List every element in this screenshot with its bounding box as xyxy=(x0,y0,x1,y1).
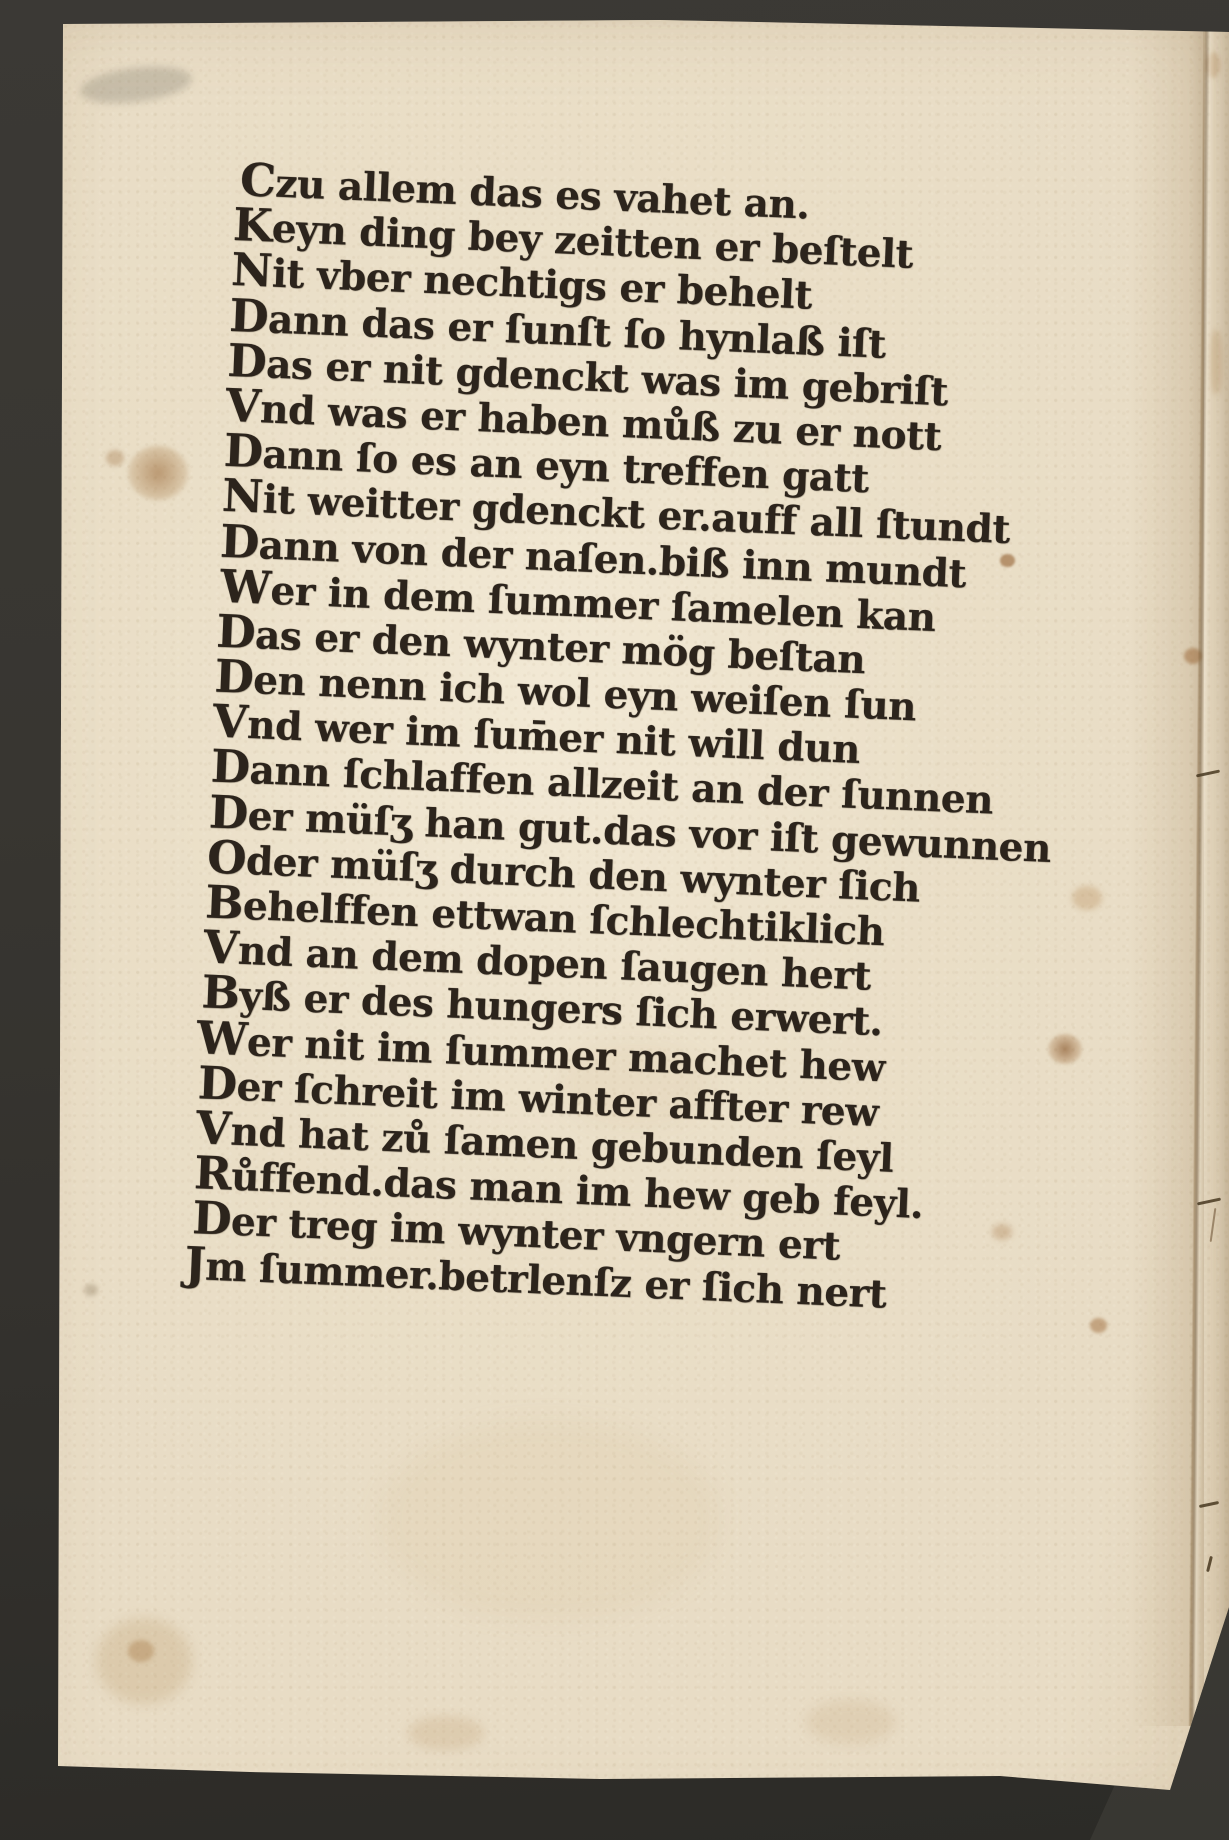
book-page: Czu allem das es vahet an.Keyn ding bey … xyxy=(0,0,1229,1840)
page-edge-shading xyxy=(0,0,1229,1840)
photo-background: Czu allem das es vahet an.Keyn ding bey … xyxy=(0,0,1229,1840)
